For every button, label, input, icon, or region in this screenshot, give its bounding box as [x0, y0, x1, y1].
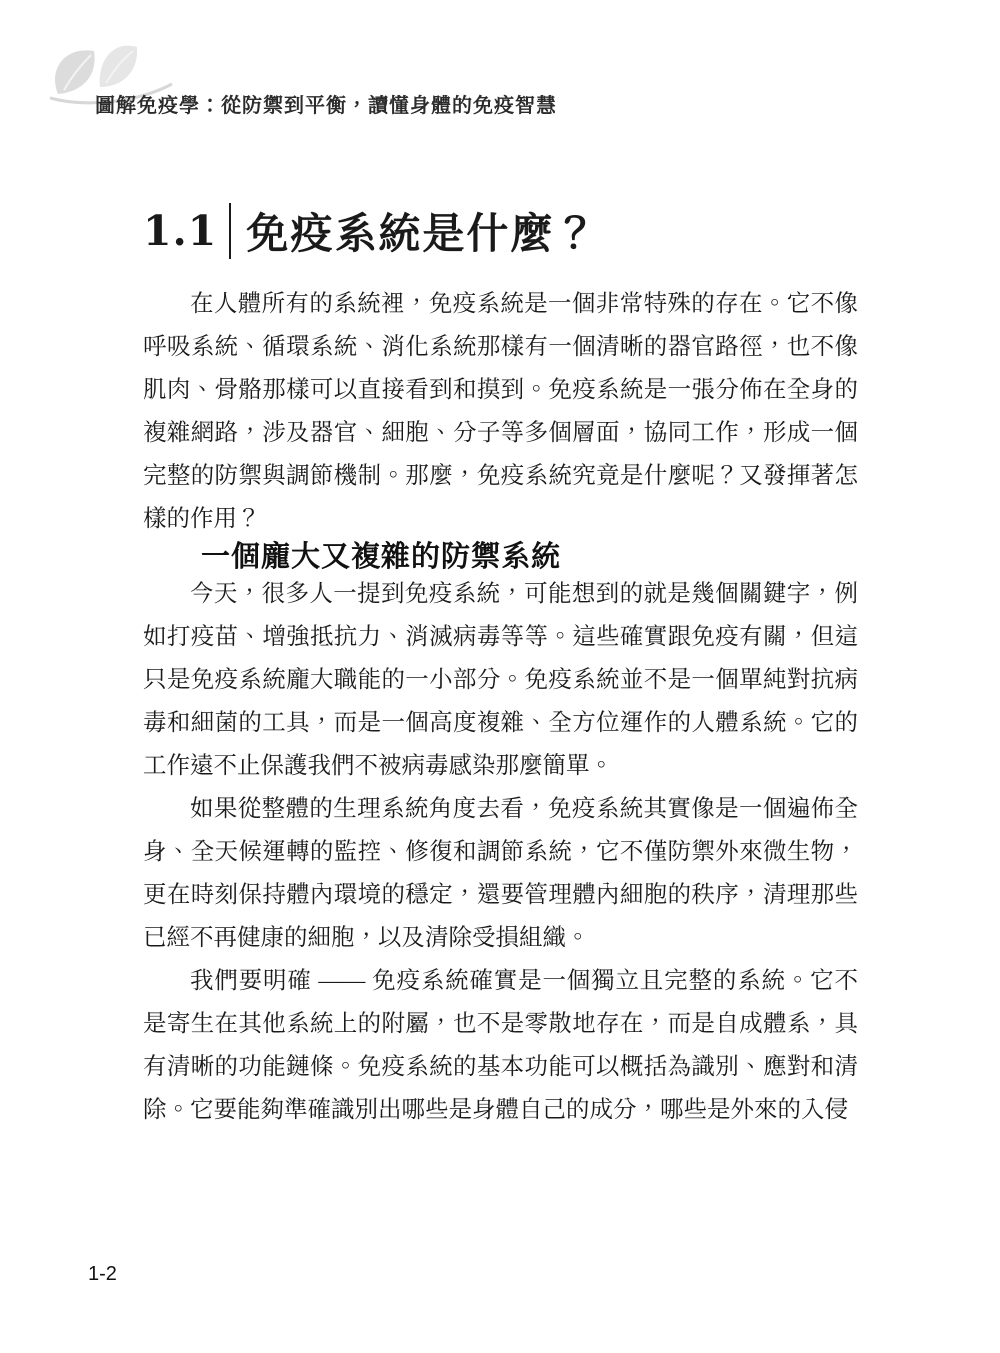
paragraph-1: 在人體所有的系統裡，免疫系統是一個非常特殊的存在。它不像呼吸系統、循環系統、消化…	[143, 283, 858, 541]
heading-divider	[229, 203, 231, 259]
running-head-book-title: 圖解免疫學：從防禦到平衡，讀懂身體的免疫智慧	[95, 89, 557, 118]
subheading: 一個龐大又複雜的防禦系統	[143, 541, 858, 573]
section-heading: 1.1 免疫系統是什麼？	[143, 200, 598, 262]
book-page: 圖解免疫學：從防禦到平衡，讀懂身體的免疫智慧 1.1 免疫系統是什麼？ 在人體所…	[0, 0, 1000, 1353]
paragraph-3: 如果從整體的生理系統角度去看，免疫系統其實像是一個遍佈全身、全天候運轉的監控、修…	[143, 788, 858, 960]
section-title: 免疫系統是什麼？	[246, 201, 598, 261]
body-copy: 在人體所有的系統裡，免疫系統是一個非常特殊的存在。它不像呼吸系統、循環系統、消化…	[143, 283, 858, 1132]
paragraph-4: 我們要明確 —— 免疫系統確實是一個獨立且完整的系統。它不是寄生在其他系統上的附…	[143, 960, 858, 1132]
paragraph-2: 今天，很多人一提到免疫系統，可能想到的就是幾個關鍵字，例如打疫苗、增強抵抗力、消…	[143, 573, 858, 788]
page-number: 1-2	[88, 1263, 117, 1286]
section-number: 1.1	[143, 207, 217, 255]
